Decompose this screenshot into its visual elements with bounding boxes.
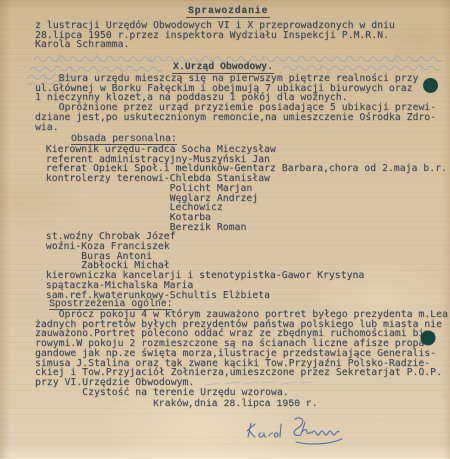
scanned-document: Sprawozdanie z lustracji Urzędów Obwodow… [0,0,450,459]
ink-dot-bottom [421,331,436,346]
annotations-overlay [0,0,450,459]
signature-handwritten [247,418,342,444]
handwritten-pencil-annotation [28,53,442,385]
ink-dot-top [423,78,438,93]
